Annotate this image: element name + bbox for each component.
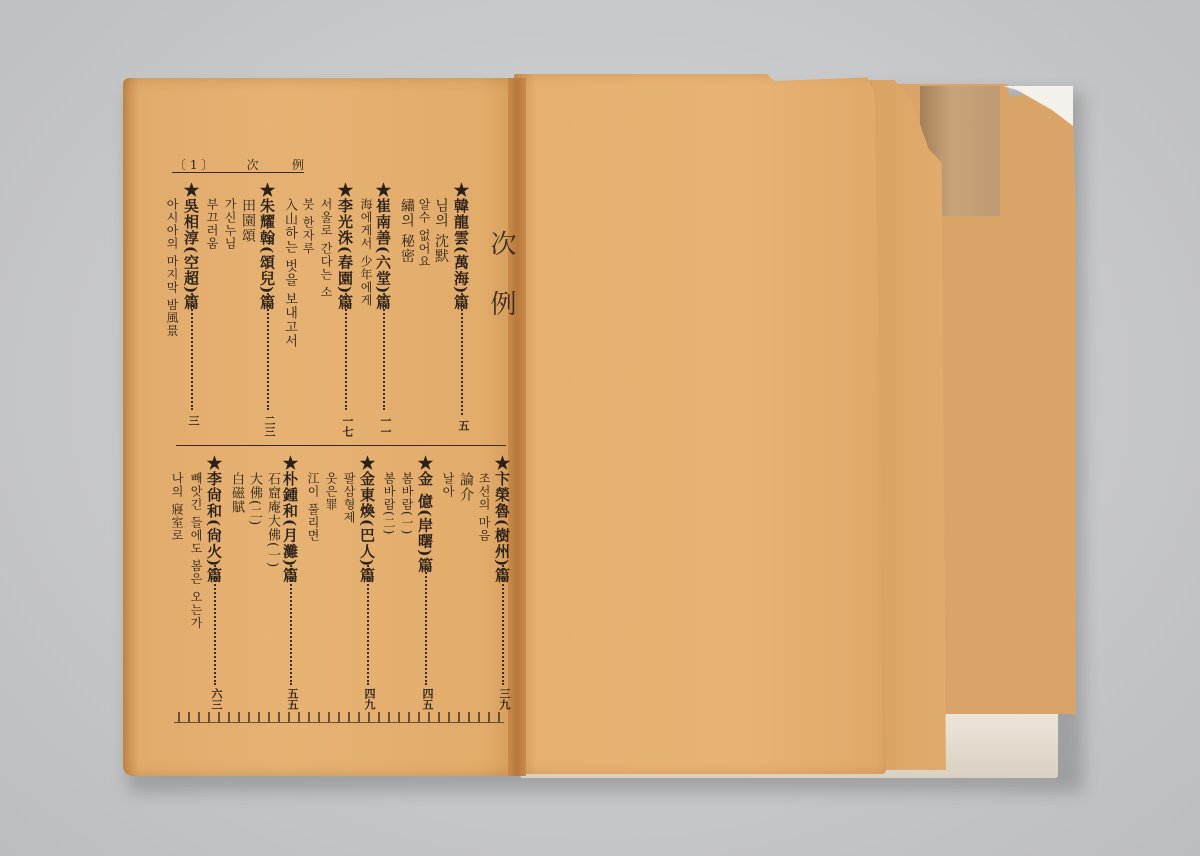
toc-item: 나의 寢室로 [167, 472, 187, 542]
toc-item: 붓 한자루 [298, 198, 318, 255]
leader-dots [461, 290, 463, 415]
page-ref: 一七 [339, 415, 355, 437]
leader-dots [425, 565, 427, 685]
page-number: 〔 1 〕 [174, 156, 213, 173]
toc-item: 大佛(二) [244, 472, 264, 526]
header-left: 次 [247, 156, 259, 173]
toc-item: 石窟庵大佛(一) [262, 472, 282, 568]
toc-item: 田園頌 [238, 198, 258, 243]
toc-author: ★朴鍾和(月灘)篇 [280, 455, 300, 583]
toc-item: 가신누님 [220, 198, 240, 250]
leader-dots [267, 290, 269, 410]
page-ref: 一一 [377, 415, 393, 437]
toc-item: 알수 없어요 [414, 198, 434, 268]
decorative-border [174, 712, 504, 723]
leader-dots [191, 290, 193, 410]
leader-dots [383, 290, 385, 410]
leader-dots [214, 565, 216, 685]
page-ref: 三九 [496, 688, 512, 710]
section-divider [176, 445, 506, 446]
toc-item: 님의 沈默 [431, 198, 451, 263]
toc-item: 조선의 마음 [474, 472, 494, 542]
toc-item: 江이 풀리면 [303, 472, 323, 542]
page-ref: 五 [455, 420, 471, 431]
leader-dots [502, 565, 504, 685]
toc-item: 서울로 간다는 소 [316, 198, 336, 299]
toc-author: ★金東煥(巴人)篇 [357, 455, 377, 583]
toc-item: 論介 [456, 472, 476, 502]
toc-item: 날아 [438, 472, 458, 498]
leader-dots [367, 565, 369, 685]
toc-author: ★金 億(岸曙)篇 [415, 455, 435, 573]
toc-item: 海에게서 少年에게 [356, 198, 376, 307]
toc-item: 入山하는 벗을 보내고서 [279, 198, 299, 348]
page-header: 〔 1 〕 次 例 [174, 156, 304, 173]
leader-dots [290, 565, 292, 685]
toc-item: 빼앗긴 들에도 봄은 오는가 [186, 472, 206, 629]
toc-item: 봄바람(一) [397, 472, 417, 535]
page-ref: 六三 [208, 688, 224, 710]
toc-author: ★卞榮魯(樹州)篇 [492, 455, 512, 583]
book-gutter [508, 78, 526, 776]
toc-item: 팔삼형제 [339, 472, 359, 524]
toc-item: 웃은罪 [321, 472, 341, 511]
toc-item: 白磁賦 [226, 472, 246, 514]
page-ref: 二三 [261, 415, 277, 437]
toc-item: 부끄러움 [202, 198, 222, 250]
page-ref: 四九 [361, 688, 377, 710]
leader-dots [345, 290, 347, 410]
page-ref: 三 [185, 415, 201, 426]
toc-item: 봄바람(二) [379, 472, 399, 535]
header-rule [172, 172, 304, 173]
page-ref: 四五 [419, 688, 435, 710]
right-blank-page [514, 74, 886, 774]
header-right: 例 [292, 156, 304, 173]
page-ref: 五五 [284, 688, 300, 710]
toc-author: ★李尙和(尙火)篇 [204, 455, 224, 583]
toc-title: 次例 [483, 230, 520, 350]
toc-item: 아시아의 마지막 밤風景 [162, 198, 182, 338]
toc-item: 繡의 秘密 [397, 198, 417, 263]
